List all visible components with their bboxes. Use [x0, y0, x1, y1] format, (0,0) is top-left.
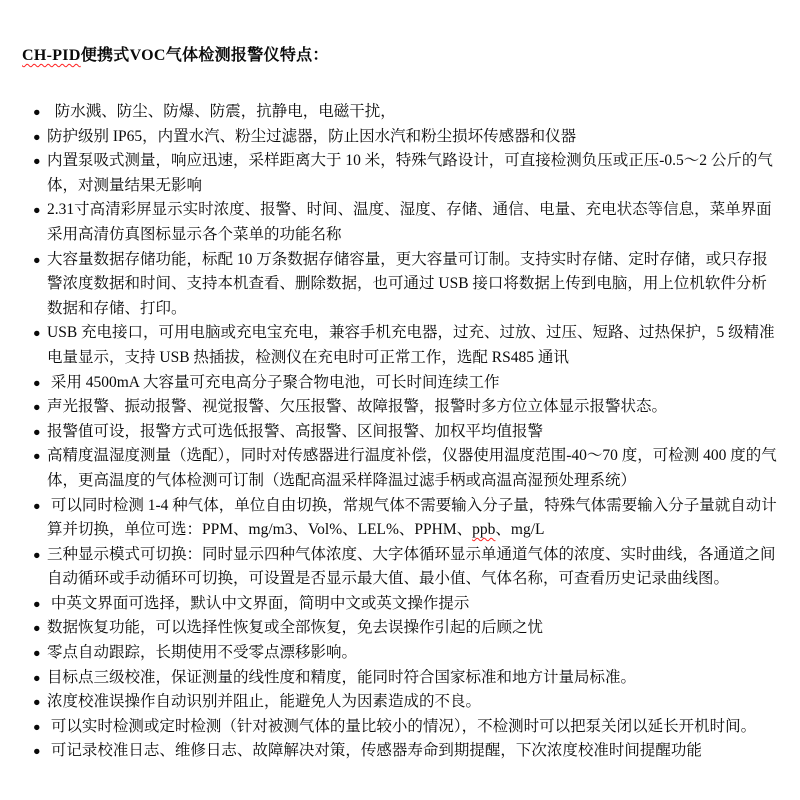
feature-item: ● 中英文界面可选择，默认中文界面，简明中文或英文操作提示 [33, 592, 777, 617]
feature-item: ●内置泵吸式测量，响应迅速，采样距离大于 10 米，特殊气路设计，可直接检测负压… [33, 149, 777, 198]
feature-text: 数据恢复功能，可以选择性恢复或全部恢复，免去误操作引起的后顾之忧 [47, 619, 543, 636]
feature-item: ● 可以实时检测或定时检测（针对被测气体的量比较小的情况），不检测时可以把泵关闭… [33, 715, 777, 740]
feature-item: ●零点自动跟踪，长期使用不受零点漂移影响。 [33, 641, 777, 666]
bullet-icon: ● [33, 149, 41, 174]
feature-item: ●声光报警、振动报警、视觉报警、欠压报警、故障报警，报警时多方位立体显示报警状态… [33, 395, 777, 420]
feature-text: USB 充电接口，可用电脑或充电宝充电，兼容手机充电器，过充、过放、过压、短路、… [47, 324, 775, 366]
feature-item: ●防护级别 IP65，内置水汽、粉尘过滤器，防止因水汽和粉尘损坏传感器和仪器 [33, 125, 777, 150]
feature-text: 目标点三级校准，保证测量的线性度和精度，能同时符合国家标准和地方计量局标准。 [47, 669, 636, 686]
feature-text: 中英文界面可选择，默认中文界面，简明中文或英文操作提示 [47, 595, 469, 612]
feature-text: 零点自动跟踪，长期使用不受零点漂移影响。 [47, 644, 357, 661]
bullet-icon: ● [33, 592, 41, 617]
bullet-icon: ● [33, 321, 41, 346]
document-page: CH-PID便携式VOC气体检测报警仪特点： ● 防水溅、防尘、防爆、防震，抗静… [0, 0, 800, 800]
feature-item: ●USB 充电接口，可用电脑或充电宝充电，兼容手机充电器，过充、过放、过压、短路… [33, 321, 777, 370]
bullet-icon: ● [33, 395, 41, 420]
bullet-icon: ● [33, 641, 41, 666]
feature-text: 高精度温湿度测量（选配），同时对传感器进行温度补偿，仪器使用温度范围-40～70… [47, 447, 777, 489]
bullet-icon: ● [33, 715, 41, 740]
feature-text: 防护级别 IP65，内置水汽、粉尘过滤器，防止因水汽和粉尘损坏传感器和仪器 [47, 128, 576, 145]
feature-text: 内置泵吸式测量，响应迅速，采样距离大于 10 米，特殊气路设计，可直接检测负压或… [47, 152, 773, 194]
feature-item: ●目标点三级校准，保证测量的线性度和精度，能同时符合国家标准和地方计量局标准。 [33, 666, 777, 691]
bullet-icon: ● [33, 616, 41, 641]
feature-item: ● 可记录校准日志、维修日志、故障解决对策，传感器寿命到期提醒，下次浓度校准时间… [33, 739, 777, 764]
feature-item: ●2.31寸高清彩屏显示实时浓度、报警、时间、温度、湿度、存储、通信、电量、充电… [33, 198, 777, 247]
feature-item: ●报警值可设，报警方式可选低报警、高报警、区间报警、加权平均值报警 [33, 420, 777, 445]
bullet-icon: ● [33, 666, 41, 691]
bullet-icon: ● [33, 420, 41, 445]
bullet-icon: ● [33, 125, 41, 150]
feature-item: ●数据恢复功能，可以选择性恢复或全部恢复，免去误操作引起的后顾之忧 [33, 616, 777, 641]
feature-item: ● 可以同时检测 1-4 种气体，单位自由切换，常规气体不需要输入分子量，特殊气… [33, 494, 777, 543]
feature-text: 报警值可设，报警方式可选低报警、高报警、区间报警、加权平均值报警 [47, 423, 543, 440]
bullet-icon: ● [33, 444, 41, 469]
feature-item: ●大容量数据存储功能，标配 10 万条数据存储容量，更大容量可订制。支持实时存储… [33, 248, 777, 322]
feature-text: 可以实时检测或定时检测（针对被测气体的量比较小的情况），不检测时可以把泵关闭以延… [47, 718, 756, 735]
feature-item: ● 采用 4500mA 大容量可充电高分子聚合物电池，可长时间连续工作 [33, 371, 777, 396]
feature-item: ●浓度校准误操作自动识别并阻止，能避免人为因素造成的不良。 [33, 690, 777, 715]
feature-text: 可记录校准日志、维修日志、故障解决对策，传感器寿命到期提醒，下次浓度校准时间提醒… [47, 742, 702, 759]
bullet-icon: ● [33, 248, 41, 273]
feature-text: 浓度校准误操作自动识别并阻止，能避免人为因素造成的不良。 [47, 693, 481, 710]
feature-item: ●三种显示模式可切换：同时显示四种气体浓度、大字体循环显示单通道气体的浓度、实时… [33, 543, 777, 592]
bullet-icon: ● [33, 100, 41, 125]
feature-text: 防水溅、防尘、防爆、防震，抗静电，电磁干扰， [47, 103, 396, 120]
bullet-icon: ● [33, 494, 41, 519]
bullet-icon: ● [33, 690, 41, 715]
bullet-icon: ● [33, 543, 41, 568]
feature-text: 2.31寸高清彩屏显示实时浓度、报警、时间、温度、湿度、存储、通信、电量、充电状… [47, 201, 772, 243]
feature-text: 声光报警、振动报警、视觉报警、欠压报警、故障报警，报警时多方位立体显示报警状态。 [47, 398, 667, 415]
feature-text: 采用 4500mA 大容量可充电高分子聚合物电池，可长时间连续工作 [47, 374, 500, 391]
document-title: CH-PID便携式VOC气体检测报警仪特点： [22, 46, 772, 66]
title-brand: CH-PID [22, 47, 81, 64]
feature-item: ● 防水溅、防尘、防爆、防震，抗静电，电磁干扰， [33, 100, 777, 125]
misspelled-term: ppb [472, 521, 495, 538]
feature-item: ●高精度温湿度测量（选配），同时对传感器进行温度补偿，仪器使用温度范围-40～7… [33, 444, 777, 493]
bullet-icon: ● [33, 371, 41, 396]
feature-list: ● 防水溅、防尘、防爆、防震，抗静电，电磁干扰，●防护级别 IP65，内置水汽、… [33, 100, 777, 764]
title-text: 便携式VOC气体检测报警仪特点： [81, 47, 329, 64]
bullet-icon: ● [33, 739, 41, 764]
feature-text: 三种显示模式可切换：同时显示四种气体浓度、大字体循环显示单通道气体的浓度、实时曲… [47, 546, 776, 588]
feature-text: 大容量数据存储功能，标配 10 万条数据存储容量，更大容量可订制。支持实时存储、… [47, 251, 768, 317]
bullet-icon: ● [33, 198, 41, 223]
feature-text: 可以同时检测 1-4 种气体，单位自由切换，常规气体不需要输入分子量，特殊气体需… [47, 497, 777, 539]
